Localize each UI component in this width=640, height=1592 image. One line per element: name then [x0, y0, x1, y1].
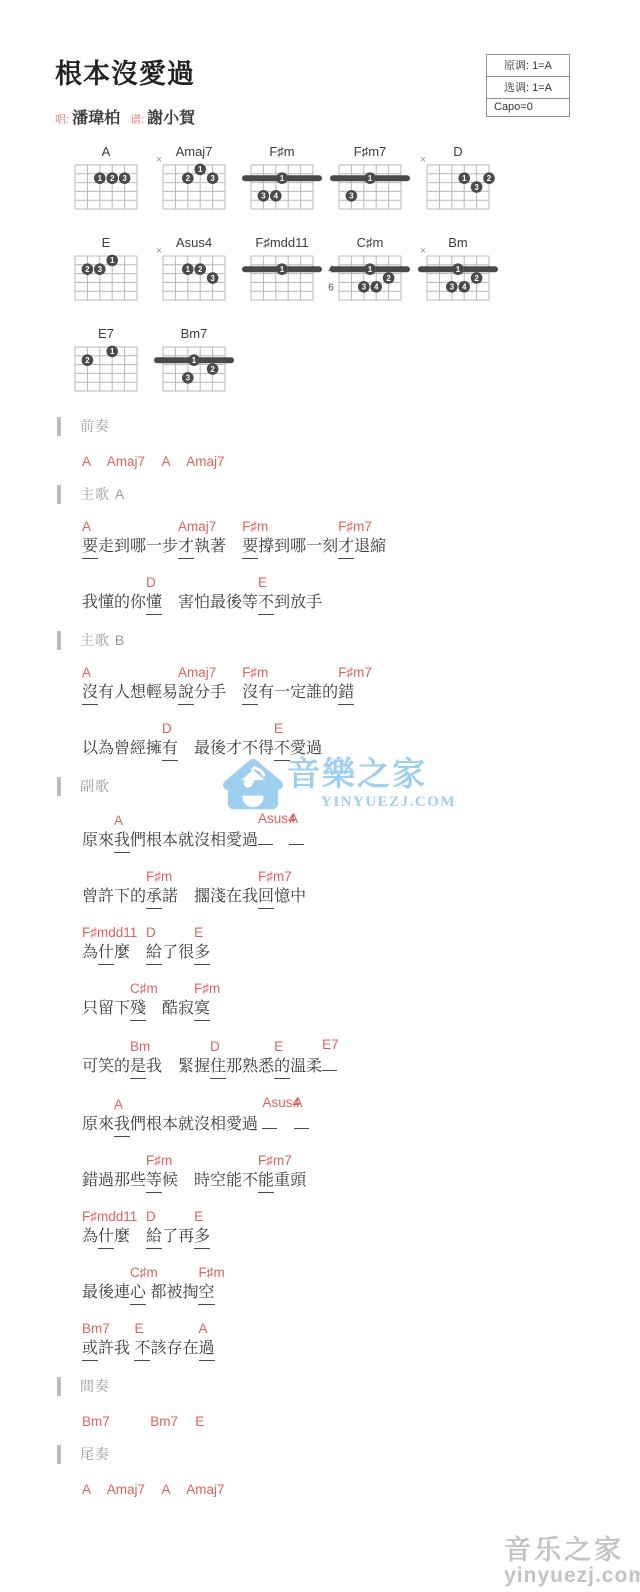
lyric-text-underlined: 的: [274, 1056, 290, 1079]
song-body: 前奏A Amaj7 A Amaj7主歌 AA要走到哪一步Amaj7才執著 F♯m…: [55, 416, 640, 1498]
lyric-text: 最後才不得: [178, 738, 274, 760]
svg-text:4: 4: [274, 192, 279, 201]
chord-label: E: [194, 1209, 203, 1225]
section-bar: [57, 1445, 61, 1464]
lyric-text-underlined: 空: [198, 1282, 214, 1305]
chord-diagram-E7: E712: [61, 325, 149, 401]
svg-text:2: 2: [386, 274, 391, 283]
chord-diagram-row: E712Bm7123: [61, 325, 640, 401]
lyric-token: Asus4: [262, 1112, 277, 1136]
arranger-label: 谱:: [130, 114, 144, 126]
lyric-text: 只留下: [82, 998, 130, 1020]
lyric-token: Amaj7才: [178, 536, 194, 559]
lyric-token: 可笑的: [82, 1056, 130, 1078]
lyric-text-underlined: 或: [82, 1338, 98, 1361]
lyric-token: 最後才不得: [178, 738, 274, 760]
lyric-token: A我: [114, 830, 130, 853]
lyric-text: 憶中: [274, 886, 306, 908]
lyric-token: 我懂的你: [82, 592, 146, 614]
lyric-text-underlined: 等: [146, 1170, 162, 1193]
lyric-token: 溫柔: [290, 1056, 322, 1078]
chord-label: F♯m7: [338, 665, 372, 681]
svg-text:2: 2: [210, 365, 215, 374]
chord-diagram-Bm: Bm×1234: [413, 234, 501, 310]
chord-label: F♯m7: [258, 1153, 292, 1169]
svg-text:E: E: [102, 235, 111, 250]
section-label: 副歌: [80, 776, 110, 796]
chord-label: F♯m7: [258, 869, 292, 885]
lyric-text: 該存在: [150, 1338, 198, 1360]
svg-text:2: 2: [186, 174, 191, 183]
section-header: 主歌 A: [57, 484, 640, 504]
lyric-token: 該存在: [150, 1338, 198, 1360]
arranger-name: 謝小賀: [147, 110, 195, 127]
svg-text:2: 2: [198, 265, 203, 274]
watermark-corner-name: 音乐之家: [504, 1536, 640, 1565]
lyric-token: E不: [134, 1338, 150, 1361]
lyric-token: E多: [194, 1226, 210, 1249]
svg-text:2: 2: [474, 274, 479, 283]
chord-diagram-F♯mdd11: F♯mdd111: [237, 234, 325, 310]
watermark-corner: 音乐之家 yinyuezj.com: [504, 1536, 640, 1588]
lyric-text: 錯過那些: [82, 1170, 146, 1192]
lyric-text: 曾許下的: [82, 886, 146, 908]
lyric-text-underlined: 是: [130, 1056, 146, 1079]
lyric-text-underlined: 殘: [130, 998, 146, 1021]
lyric-text-underlined: 要: [82, 536, 98, 559]
key-original: 原调: 1=A: [487, 55, 569, 77]
lyric-token: D懂: [146, 592, 162, 615]
lyric-text: 麼: [114, 1226, 146, 1248]
blank-underline: [289, 828, 304, 845]
lyric-text: 原來: [82, 830, 114, 852]
blank-underline: [258, 828, 273, 845]
lyric-text: [273, 830, 289, 852]
lyric-line: 錯過那些F♯m等候 時空能不F♯m7能重頭: [82, 1152, 640, 1193]
svg-text:3: 3: [98, 265, 103, 274]
lyric-token: C♯m心: [130, 1282, 146, 1305]
lyric-token: F♯m7能: [258, 1170, 274, 1193]
lyric-token: 們根本就沒相愛過: [130, 1114, 262, 1136]
lyric-text-underlined: 不: [134, 1338, 150, 1361]
lyric-text: 執著: [194, 536, 242, 558]
chord-label: A: [294, 1095, 303, 1111]
lyric-token: A過: [199, 1338, 215, 1361]
svg-text:1: 1: [462, 174, 467, 183]
lyric-token: F♯m承: [146, 886, 162, 909]
lyric-token: 了再: [162, 1226, 194, 1248]
lyric-text: 愛過: [290, 738, 322, 760]
section-label: 尾奏: [80, 1444, 110, 1464]
svg-text:F♯m7: F♯m7: [354, 144, 387, 159]
section-bar: [57, 1377, 61, 1396]
lyric-token: F♯mdd11為: [82, 942, 98, 964]
lyric-text: 為: [82, 942, 98, 964]
svg-text:D: D: [453, 144, 462, 159]
lyric-text: 有人想輕易: [98, 682, 178, 704]
lyric-token: F♯m7才: [338, 536, 354, 559]
chord-diagram-Amaj7: Amaj7×123: [149, 143, 237, 219]
lyric-line: A沒有人想輕易Amaj7說分手 F♯m沒有一定誰的F♯m7錯: [82, 664, 640, 705]
lyric-text-underlined: 才: [178, 536, 194, 559]
svg-text:2: 2: [110, 174, 115, 183]
lyric-text-underlined: 有: [162, 738, 178, 761]
key-selected: 选调: 1=A: [487, 77, 569, 99]
lyric-token: 分手: [194, 682, 242, 704]
lyric-token: 憶中: [274, 886, 306, 908]
section-header: 主歌 B: [57, 630, 640, 650]
lyric-token: E的: [274, 1056, 290, 1079]
chord-label: Amaj7: [178, 519, 216, 535]
section-bar: [57, 777, 61, 796]
lyric-text-underlined: 承: [146, 886, 162, 909]
lyric-token: 退縮: [354, 536, 386, 558]
lyric-text: 我 緊握: [146, 1056, 210, 1078]
lyric-text-underlined: 給: [146, 942, 162, 965]
svg-text:1: 1: [456, 265, 461, 274]
singer-label: 唱:: [55, 114, 69, 126]
svg-text:2: 2: [487, 174, 492, 183]
svg-text:Amaj7: Amaj7: [176, 144, 213, 159]
lyric-token: 走到哪一步: [98, 536, 178, 558]
lyric-text-underlined: 什: [98, 1226, 114, 1249]
lyric-text-underlined: 我: [114, 830, 130, 853]
lyric-token: F♯m等: [146, 1170, 162, 1193]
chord-label: F♯m: [146, 869, 172, 885]
svg-text:1: 1: [110, 347, 115, 356]
svg-text:6: 6: [328, 282, 334, 293]
section-bar: [57, 631, 61, 650]
chord-label: Bm: [130, 1039, 150, 1055]
chord-label: D: [210, 1039, 220, 1055]
section-header: 前奏: [57, 416, 640, 436]
lyric-text: 們根本就沒相愛過: [130, 1114, 262, 1136]
lyric-text: 以為曾經擁: [82, 738, 162, 760]
chord-diagram-Asus4: Asus4×123: [149, 234, 237, 310]
lyric-token: [273, 830, 289, 852]
svg-text:×: ×: [420, 154, 426, 166]
lyric-token: 都被掏: [146, 1282, 198, 1304]
chord-label: E: [274, 721, 283, 737]
svg-text:1: 1: [368, 174, 373, 183]
lyric-token: 害怕最後等: [162, 592, 258, 614]
lyric-line: 原來A我們根本就沒相愛過Asus4 A: [82, 810, 640, 853]
svg-text:4: 4: [374, 283, 379, 292]
lyric-text: 我懂的你: [82, 592, 146, 614]
lyric-text: 諾 擱淺在我: [162, 886, 258, 908]
chord-diagram-F♯m: F♯m134: [237, 143, 325, 219]
lyric-text-underlined: 給: [146, 1226, 162, 1249]
section-label: 主歌 B: [80, 630, 125, 650]
chord-label: F♯mdd11: [82, 1209, 137, 1225]
chord-only-line: A Amaj7 A Amaj7: [82, 1478, 640, 1498]
chord-label: A: [289, 811, 298, 827]
lyric-token: 什: [98, 942, 114, 965]
lyric-token: 什: [98, 1226, 114, 1249]
lyric-line: 原來A我們根本就沒相愛過 Asus4 A: [82, 1094, 640, 1137]
lyric-token: 錯過那些: [82, 1170, 146, 1192]
lyric-line: 曾許下的F♯m承諾 擱淺在我F♯m7回憶中: [82, 868, 640, 909]
lyric-token: [277, 1114, 293, 1136]
lyric-token: 麼: [114, 1226, 146, 1248]
lyric-token: F♯m沒: [242, 682, 258, 705]
lyric-token: 最後連: [82, 1282, 130, 1304]
lyric-token: 們根本就沒相愛過: [130, 830, 258, 852]
lyric-text: 溫柔: [290, 1056, 322, 1078]
chord-sheet-page: 根本沒愛過 原调: 1=A 选调: 1=A Capo=0 唱:潘瑋柏谱:謝小賀 …: [0, 0, 640, 1592]
lyric-text-underlined: 沒: [82, 682, 98, 705]
svg-text:1: 1: [368, 265, 373, 274]
lyric-text-underlined: 回: [258, 886, 274, 909]
lyric-token: 重頭: [274, 1170, 306, 1192]
chord-label: A: [114, 1097, 123, 1113]
svg-text:×: ×: [156, 245, 162, 257]
lyric-text: 都被掏: [146, 1282, 198, 1304]
svg-text:3: 3: [122, 174, 127, 183]
lyric-text-underlined: 多: [194, 1226, 210, 1249]
chord-diagram-Bm7: Bm7123: [149, 325, 237, 401]
chord-label: F♯m: [242, 665, 268, 681]
lyric-line: 我懂的你D懂 害怕最後等E不到放手: [82, 574, 640, 615]
svg-text:F♯m: F♯m: [269, 144, 294, 159]
svg-text:4: 4: [462, 283, 467, 292]
chord-label: C♯m: [130, 981, 158, 997]
watermark-corner-site: yinyuezj.com: [504, 1565, 640, 1588]
svg-text:×: ×: [420, 245, 426, 257]
lyric-token: F♯m7錯: [338, 682, 354, 705]
lyric-token: 只留下: [82, 998, 130, 1020]
lyric-text-underlined: 多: [194, 942, 210, 965]
svg-text:3: 3: [474, 183, 479, 192]
svg-text:F♯mdd11: F♯mdd11: [255, 235, 308, 250]
lyric-text: 那熟悉: [226, 1056, 274, 1078]
chord-diagram-C♯m: C♯m461234: [325, 234, 413, 310]
svg-text:3: 3: [210, 174, 215, 183]
section-header: 副歌: [57, 776, 640, 796]
chord-diagram-D: D×123: [413, 143, 501, 219]
chord-label: D: [146, 575, 156, 591]
lyric-line: 最後連C♯m心 都被掏F♯m空: [82, 1264, 640, 1305]
svg-text:3: 3: [450, 283, 455, 292]
chord-diagrams-panel: A123Amaj7×123F♯m134F♯m713D×123E123Asus4×…: [61, 143, 640, 401]
lyric-text-underlined: 什: [98, 942, 114, 965]
lyric-text: 分手: [194, 682, 242, 704]
lyric-text: 原來: [82, 1114, 114, 1136]
svg-text:A: A: [102, 144, 111, 159]
lyric-text-underlined: 要: [242, 536, 258, 559]
lyric-text-underlined: 錯: [338, 682, 354, 705]
lyric-text-underlined: 心: [130, 1282, 146, 1305]
lyric-token: A: [294, 1112, 309, 1136]
chord-label: E7: [322, 1037, 339, 1053]
lyric-token: E不: [274, 738, 290, 761]
lyric-token: 原來: [82, 1114, 114, 1136]
lyric-token: F♯m7回: [258, 886, 274, 909]
lyric-line: A要走到哪一步Amaj7才執著 F♯m要撐到哪一刻F♯m7才退縮: [82, 518, 640, 559]
chord-diagram-row: A123Amaj7×123F♯m134F♯m713D×123: [61, 143, 640, 219]
chord-label: Amaj7: [178, 665, 216, 681]
svg-text:1: 1: [110, 256, 115, 265]
section-header: 間奏: [57, 1376, 640, 1396]
lyric-token: 原來: [82, 830, 114, 852]
lyric-token: A我: [114, 1114, 130, 1137]
lyric-text: 了很: [162, 942, 194, 964]
chord-label: F♯m: [146, 1153, 172, 1169]
svg-text:3: 3: [186, 374, 191, 383]
lyric-token: F♯m空: [198, 1282, 214, 1305]
section-bar: [57, 485, 61, 504]
chord-diagram-A: A123: [61, 143, 149, 219]
lyric-text-underlined: 能: [258, 1170, 274, 1193]
blank-underline: [294, 1112, 309, 1129]
lyric-text-underlined: 過: [199, 1338, 215, 1361]
lyric-token: 許我: [98, 1338, 134, 1360]
lyric-token: 有一定誰的: [258, 682, 338, 704]
lyric-text: 酷寂: [146, 998, 194, 1020]
lyric-text: 許我: [98, 1338, 134, 1360]
lyric-text-underlined: 我: [114, 1114, 130, 1137]
lyric-text: 有一定誰的: [258, 682, 338, 704]
lyric-text-underlined: 住: [210, 1056, 226, 1079]
lyric-token: 了很: [162, 942, 194, 964]
lyric-text-underlined: 才: [338, 536, 354, 559]
lyric-token: C♯m殘: [130, 998, 146, 1021]
lyric-text: 到放手: [274, 592, 322, 614]
lyric-text: 麼: [114, 942, 146, 964]
lyric-token: Asus4: [258, 828, 273, 852]
svg-text:1: 1: [192, 356, 197, 365]
lyric-token: D給: [146, 942, 162, 965]
lyric-token: A要: [82, 536, 98, 559]
lyric-token: 我 緊握: [146, 1056, 210, 1078]
svg-text:1: 1: [198, 165, 203, 174]
chord-label: D: [146, 1209, 156, 1225]
svg-text:Bm: Bm: [448, 235, 468, 250]
lyric-text: 了再: [162, 1226, 194, 1248]
chord-label: D: [146, 925, 156, 941]
lyric-token: D住: [210, 1056, 226, 1079]
svg-text:3: 3: [349, 192, 354, 201]
svg-text:Asus4: Asus4: [176, 235, 212, 250]
svg-text:2: 2: [85, 356, 90, 365]
lyric-text: [277, 1114, 293, 1136]
section-label: 間奏: [80, 1376, 110, 1396]
lyric-token: E多: [194, 942, 210, 965]
lyric-token: Amaj7說: [178, 682, 194, 705]
lyric-text-underlined: 說: [178, 682, 194, 705]
svg-text:3: 3: [362, 283, 367, 292]
svg-text:1: 1: [98, 174, 103, 183]
lyric-token: F♯m寞: [194, 998, 210, 1021]
chord-label: A: [82, 519, 91, 535]
lyric-token: 執著: [194, 536, 242, 558]
chord-label: F♯m: [242, 519, 268, 535]
section-label: 主歌 A: [80, 484, 125, 504]
lyric-token: 到放手: [274, 592, 322, 614]
lyric-text: 們根本就沒相愛過: [130, 830, 258, 852]
chord-label: Bm7: [82, 1321, 110, 1337]
blank-underline: [262, 1112, 277, 1129]
lyric-text: 害怕最後等: [162, 592, 258, 614]
lyric-token: 愛過: [290, 738, 322, 760]
lyric-line: 以為曾經擁D有 最後才不得E不愛過: [82, 720, 640, 761]
svg-text:×: ×: [156, 154, 162, 166]
lyric-token: 撐到哪一刻: [258, 536, 338, 558]
lyric-line: 只留下C♯m殘 酷寂F♯m寞: [82, 980, 640, 1021]
section-bar: [57, 417, 61, 436]
chord-label: F♯mdd11: [82, 925, 137, 941]
svg-text:1: 1: [280, 265, 285, 274]
lyric-token: Bm是: [130, 1056, 146, 1079]
singer-name: 潘瑋柏: [72, 110, 120, 127]
chord-diagram-row: E123Asus4×123F♯mdd111C♯m461234Bm×1234: [61, 234, 640, 310]
lyric-text-underlined: 寞: [194, 998, 210, 1021]
svg-text:1: 1: [186, 265, 191, 274]
blank-underline: [322, 1054, 337, 1071]
lyric-text: 候 時空能不: [162, 1170, 258, 1192]
chord-only-line: Bm7 Bm7 E: [82, 1410, 640, 1430]
chord-label: A: [82, 665, 91, 681]
chord-label: F♯m7: [338, 519, 372, 535]
lyric-token: A沒: [82, 682, 98, 705]
chord-only-line: A Amaj7 A Amaj7: [82, 450, 640, 470]
svg-text:1: 1: [280, 174, 285, 183]
chord-label: D: [162, 721, 172, 737]
chord-label: E: [258, 575, 267, 591]
lyric-text: 重頭: [274, 1170, 306, 1192]
lyric-token: E不: [258, 592, 274, 615]
chord-label: E: [194, 925, 203, 941]
chord-label: A: [199, 1321, 208, 1337]
chord-diagram-E: E123: [61, 234, 149, 310]
section-header: 尾奏: [57, 1444, 640, 1464]
lyric-token: D有: [162, 738, 178, 761]
lyric-text: 可笑的: [82, 1056, 130, 1078]
chord-label: F♯m: [198, 1265, 224, 1281]
lyric-line: Bm7或許我 E不該存在A過: [82, 1320, 640, 1361]
lyric-text: 走到哪一步: [98, 536, 178, 558]
key-capo: Capo=0: [487, 99, 569, 116]
svg-text:C♯m: C♯m: [357, 235, 384, 250]
lyric-token: 有人想輕易: [98, 682, 178, 704]
lyric-token: 酷寂: [146, 998, 194, 1020]
lyric-text: 退縮: [354, 536, 386, 558]
svg-text:3: 3: [261, 192, 266, 201]
lyric-token: A: [289, 828, 304, 852]
section-label: 前奏: [80, 416, 110, 436]
svg-text:Bm7: Bm7: [181, 326, 208, 341]
lyric-token: Bm7或: [82, 1338, 98, 1361]
lyric-token: D給: [146, 1226, 162, 1249]
lyric-line: F♯mdd11為什麼 D給了再E多: [82, 1208, 640, 1249]
lyric-text-underlined: 不: [258, 592, 274, 615]
svg-text:E7: E7: [98, 326, 114, 341]
lyric-token: E7: [322, 1054, 337, 1078]
lyric-token: F♯mdd11為: [82, 1226, 98, 1248]
lyric-token: 以為曾經擁: [82, 738, 162, 760]
lyric-text: 最後連: [82, 1282, 130, 1304]
lyric-token: 曾許下的: [82, 886, 146, 908]
chord-label: C♯m: [130, 1265, 158, 1281]
chord-diagram-F♯m7: F♯m713: [325, 143, 413, 219]
chord-label: A: [114, 813, 123, 829]
chord-label: E: [134, 1321, 143, 1337]
lyric-text: 為: [82, 1226, 98, 1248]
chord-label: F♯m: [194, 981, 220, 997]
lyric-line: F♯mdd11為什麼 D給了很E多: [82, 924, 640, 965]
lyric-text-underlined: 沒: [242, 682, 258, 705]
svg-text:3: 3: [210, 274, 215, 283]
